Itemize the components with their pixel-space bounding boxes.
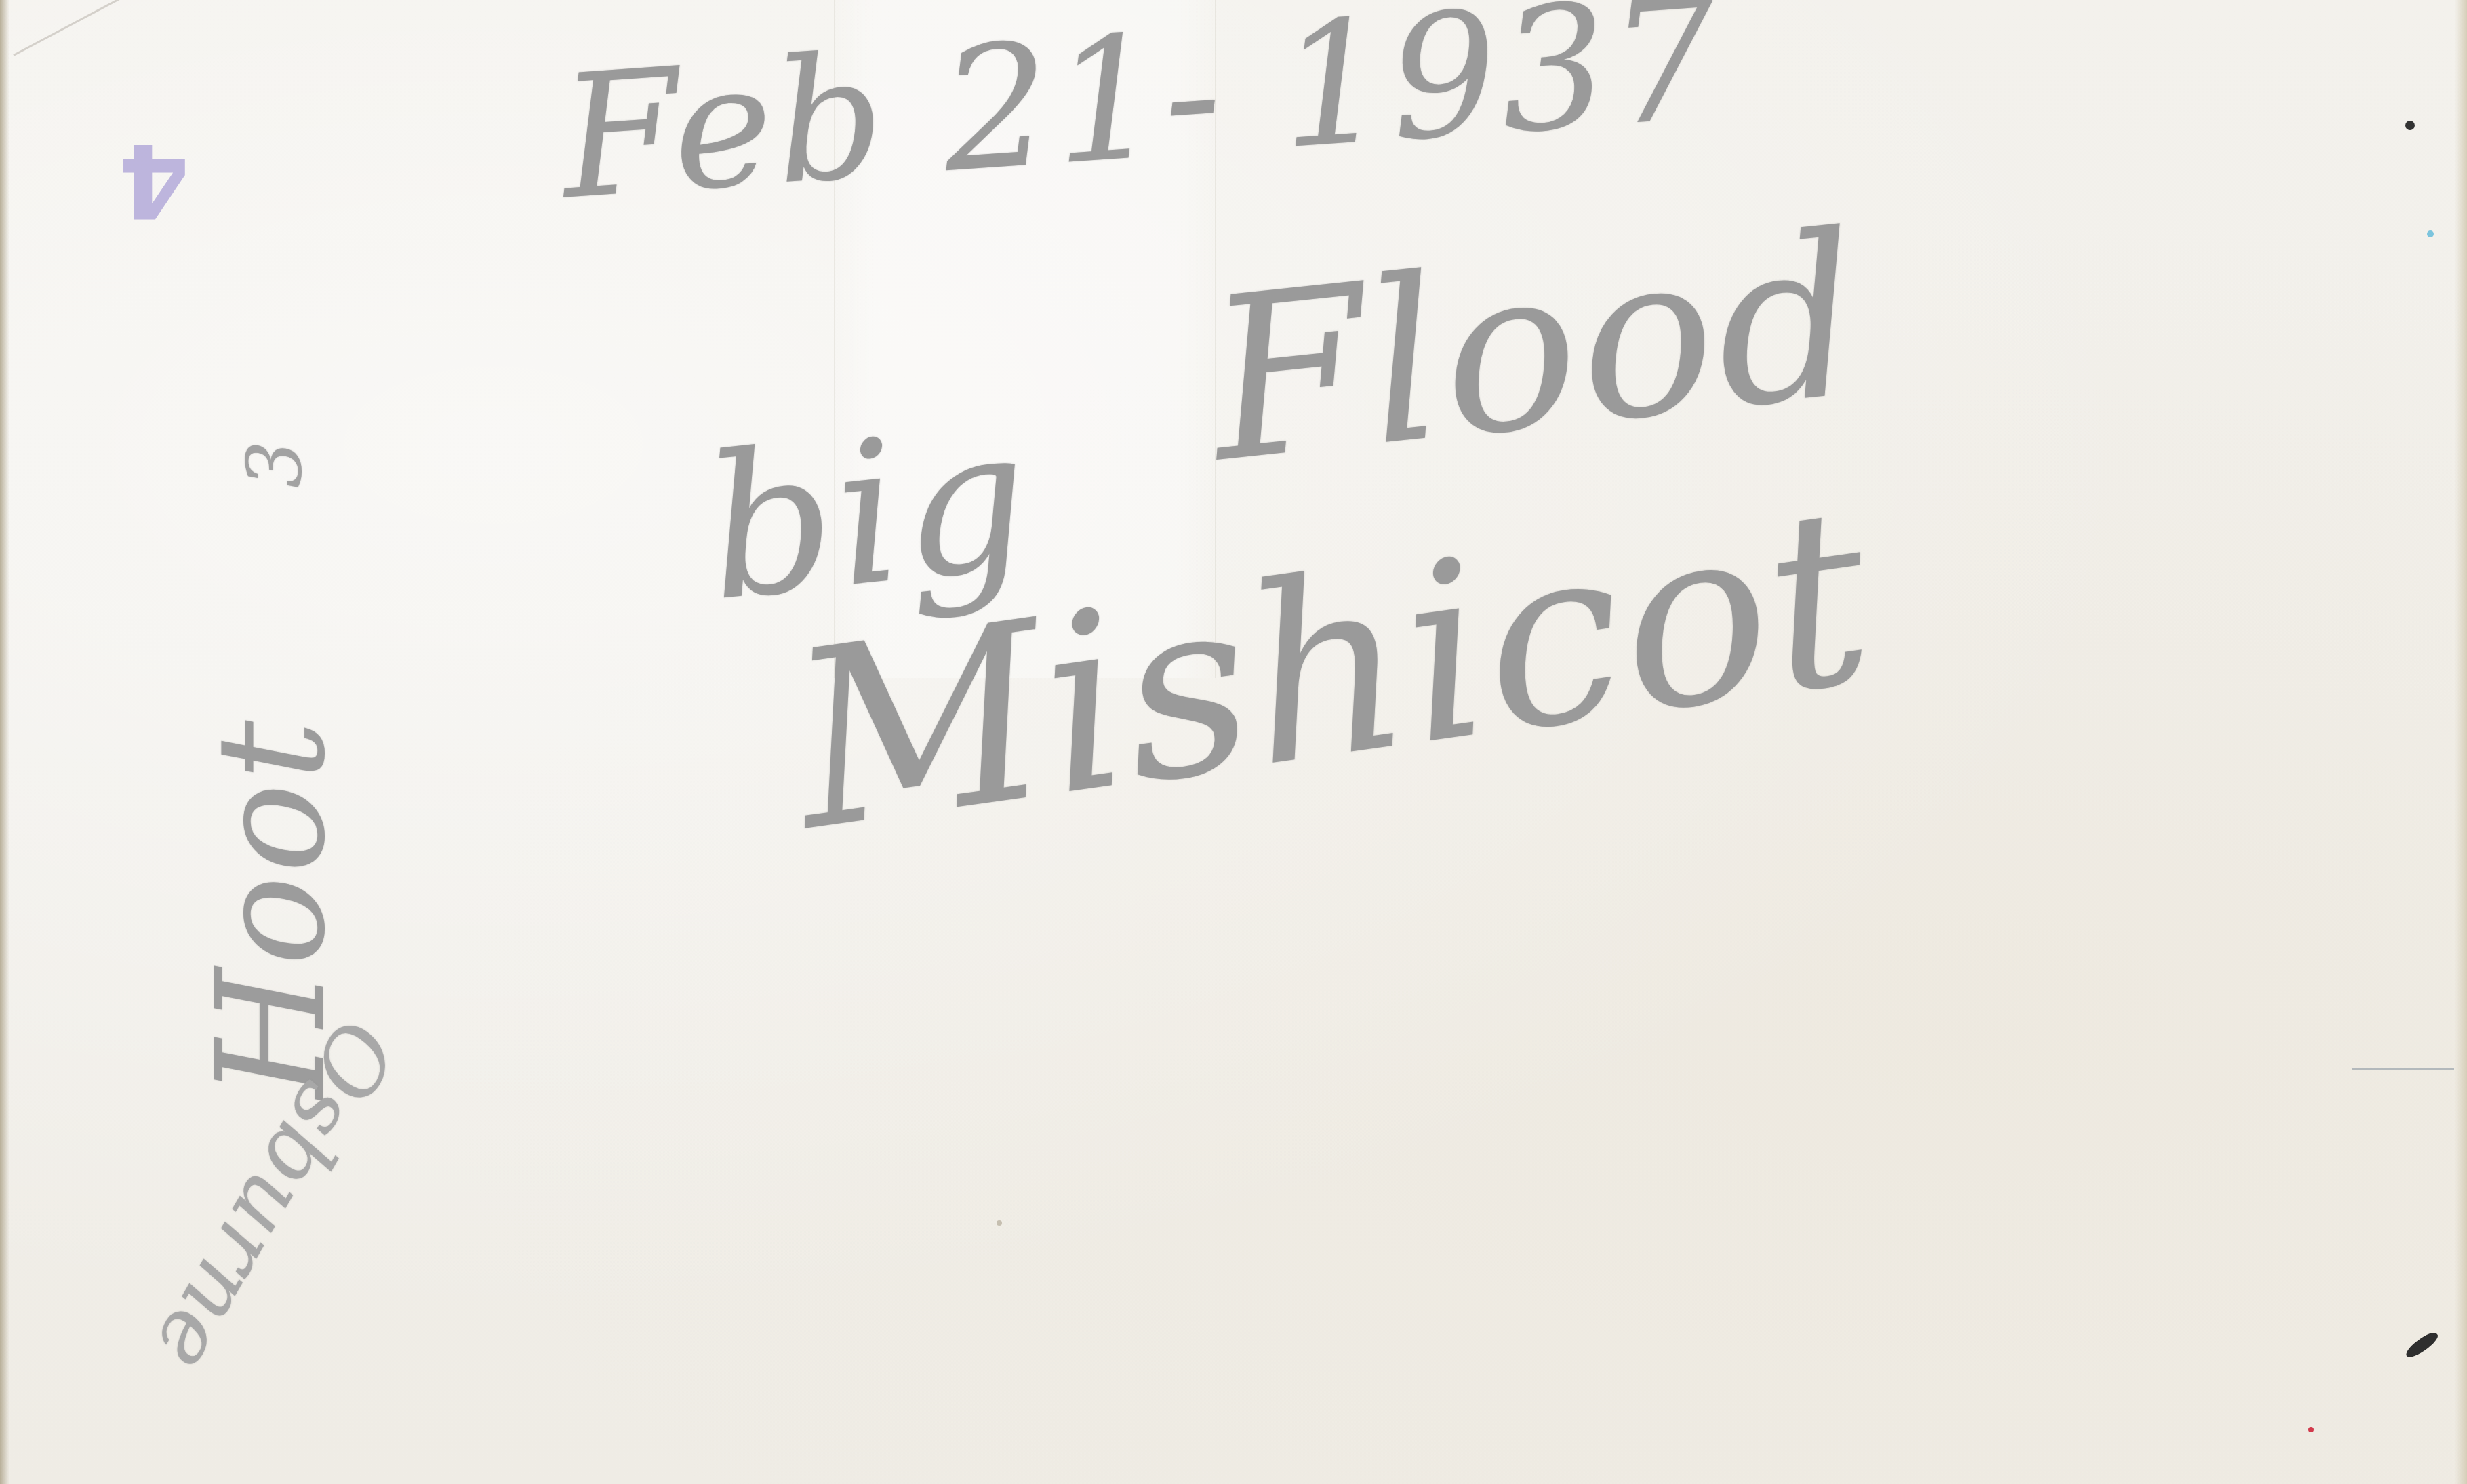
red-speck (2308, 1427, 2314, 1432)
handwritten-date: Feb 21- 1937 (556, 0, 1727, 223)
blue-speck (2427, 230, 2434, 237)
card-right-edge (2455, 0, 2467, 1484)
card-left-edge (0, 0, 9, 1484)
photo-card-back: 4 Feb 21- 1937 big Flood Mishicot Hoot 3… (0, 0, 2467, 1484)
paper-speck (997, 1220, 1002, 1226)
faint-edge-line (2352, 1068, 2454, 1070)
corner-crease (13, 0, 169, 56)
ink-mark-bottom-right (2403, 1329, 2440, 1361)
handwritten-side-number: 3 (237, 438, 312, 488)
purple-number-mark: 4 (119, 129, 189, 230)
ink-spot-top-right (2405, 121, 2415, 130)
handwritten-word-flood: Flood (1200, 203, 1872, 494)
